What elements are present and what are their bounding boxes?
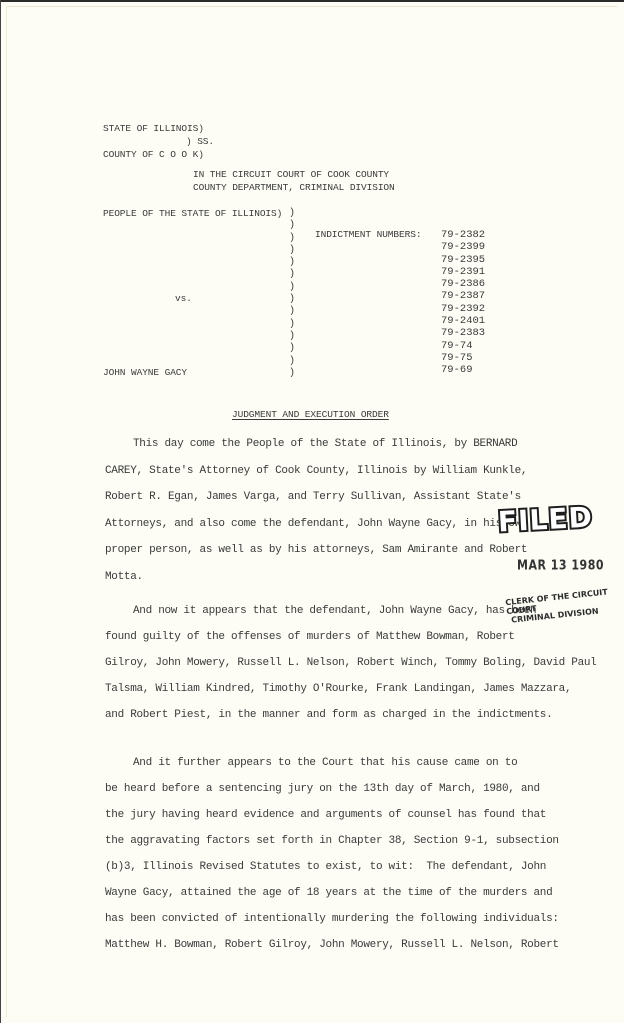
indictment-number: 79-69 xyxy=(441,364,485,376)
caption-paren: ) xyxy=(289,282,295,294)
caption-paren: ) xyxy=(289,331,295,343)
indictment-number: 79-2392 xyxy=(441,303,485,315)
page-top-edge xyxy=(0,0,624,2)
venue-county: COUNTY OF C O O K) xyxy=(103,149,204,161)
indictment-number: 79-74 xyxy=(441,340,485,352)
indictment-number: 79-2382 xyxy=(441,229,485,241)
paragraph-line: And it further appears to the Court that… xyxy=(133,757,517,769)
paragraph-line: CAREY, State's Attorney of Cook County, … xyxy=(105,465,527,477)
caption-paren: ) xyxy=(289,356,295,368)
caption-defendant: JOHN WAYNE GACY xyxy=(103,367,187,379)
filed-stamp-date: MAR 13 1980 xyxy=(517,558,604,574)
filed-stamp: FILED xyxy=(497,503,593,538)
caption-paren: ) xyxy=(289,257,295,269)
caption-plaintiff: PEOPLE OF THE STATE OF ILLINOIS) xyxy=(103,208,282,220)
paragraph-line: found guilty of the offenses of murders … xyxy=(105,631,515,643)
paragraph-line: the aggravating factors set forth in Cha… xyxy=(105,835,559,847)
caption-paren: ) xyxy=(289,368,295,380)
caption-paren: ) xyxy=(289,208,295,220)
caption-paren: ) xyxy=(289,294,295,306)
indictment-number: 79-2391 xyxy=(441,266,485,278)
caption-paren: ) xyxy=(289,306,295,318)
venue-state: STATE OF ILLINOIS) xyxy=(103,123,204,135)
indictment-number: 79-2395 xyxy=(441,254,485,266)
indictment-label: INDICTMENT NUMBERS: xyxy=(315,229,421,241)
paragraph-line: proper person, as well as by his attorne… xyxy=(105,544,527,556)
paragraph-line: Robert R. Egan, James Varga, and Terry S… xyxy=(105,491,521,503)
indictment-number: 79-2399 xyxy=(441,241,485,253)
paragraph-line: Gilroy, John Mowery, Russell L. Nelson, … xyxy=(105,657,597,669)
paragraph-line: Attorneys, and also come the defendant, … xyxy=(105,518,527,530)
page-left-edge xyxy=(0,0,1,1023)
caption-paren: ) xyxy=(289,220,295,232)
paragraph-line: Matthew H. Bowman, Robert Gilroy, John M… xyxy=(105,939,559,951)
indictment-number: 79-75 xyxy=(441,352,485,364)
caption-paren: ) xyxy=(289,233,295,245)
caption-paren: ) xyxy=(289,343,295,355)
caption-paren: ) xyxy=(289,245,295,257)
paragraph-line: This day come the People of the State of… xyxy=(133,438,517,450)
court-name: IN THE CIRCUIT COURT OF COOK COUNTY xyxy=(193,169,389,181)
document-title: JUDGMENT AND EXECUTION ORDER xyxy=(232,409,389,421)
paragraph-line: Talsma, William Kindred, Timothy O'Rourk… xyxy=(105,683,571,695)
paragraph-line: the jury having heard evidence and argum… xyxy=(105,809,546,821)
indictment-number: 79-2401 xyxy=(441,315,485,327)
caption-parentheses: )))))))))))))) xyxy=(289,208,295,380)
paragraph-line: and Robert Piest, in the manner and form… xyxy=(105,709,552,721)
court-division: COUNTY DEPARTMENT, CRIMINAL DIVISION xyxy=(193,182,395,194)
paragraph-line: be heard before a sentencing jury on the… xyxy=(105,783,540,795)
indictment-number: 79-2386 xyxy=(441,278,485,290)
caption-paren: ) xyxy=(289,319,295,331)
paragraph-line: And now it appears that the defendant, J… xyxy=(133,605,536,617)
paragraph-line: (b)3, Illinois Revised Statutes to exist… xyxy=(105,861,546,873)
caption-versus: vs. xyxy=(175,293,192,305)
indictment-numbers-list: 79-238279-239979-239579-239179-238679-23… xyxy=(441,229,485,377)
indictment-number: 79-2387 xyxy=(441,290,485,302)
paragraph-line: Wayne Gacy, attained the age of 18 years… xyxy=(105,887,552,899)
venue-ss: ) SS. xyxy=(186,136,214,148)
indictment-number: 79-2383 xyxy=(441,327,485,339)
paragraph-line: has been convicted of intentionally murd… xyxy=(105,913,559,925)
caption-paren: ) xyxy=(289,269,295,281)
paragraph-line: Motta. xyxy=(105,571,143,583)
